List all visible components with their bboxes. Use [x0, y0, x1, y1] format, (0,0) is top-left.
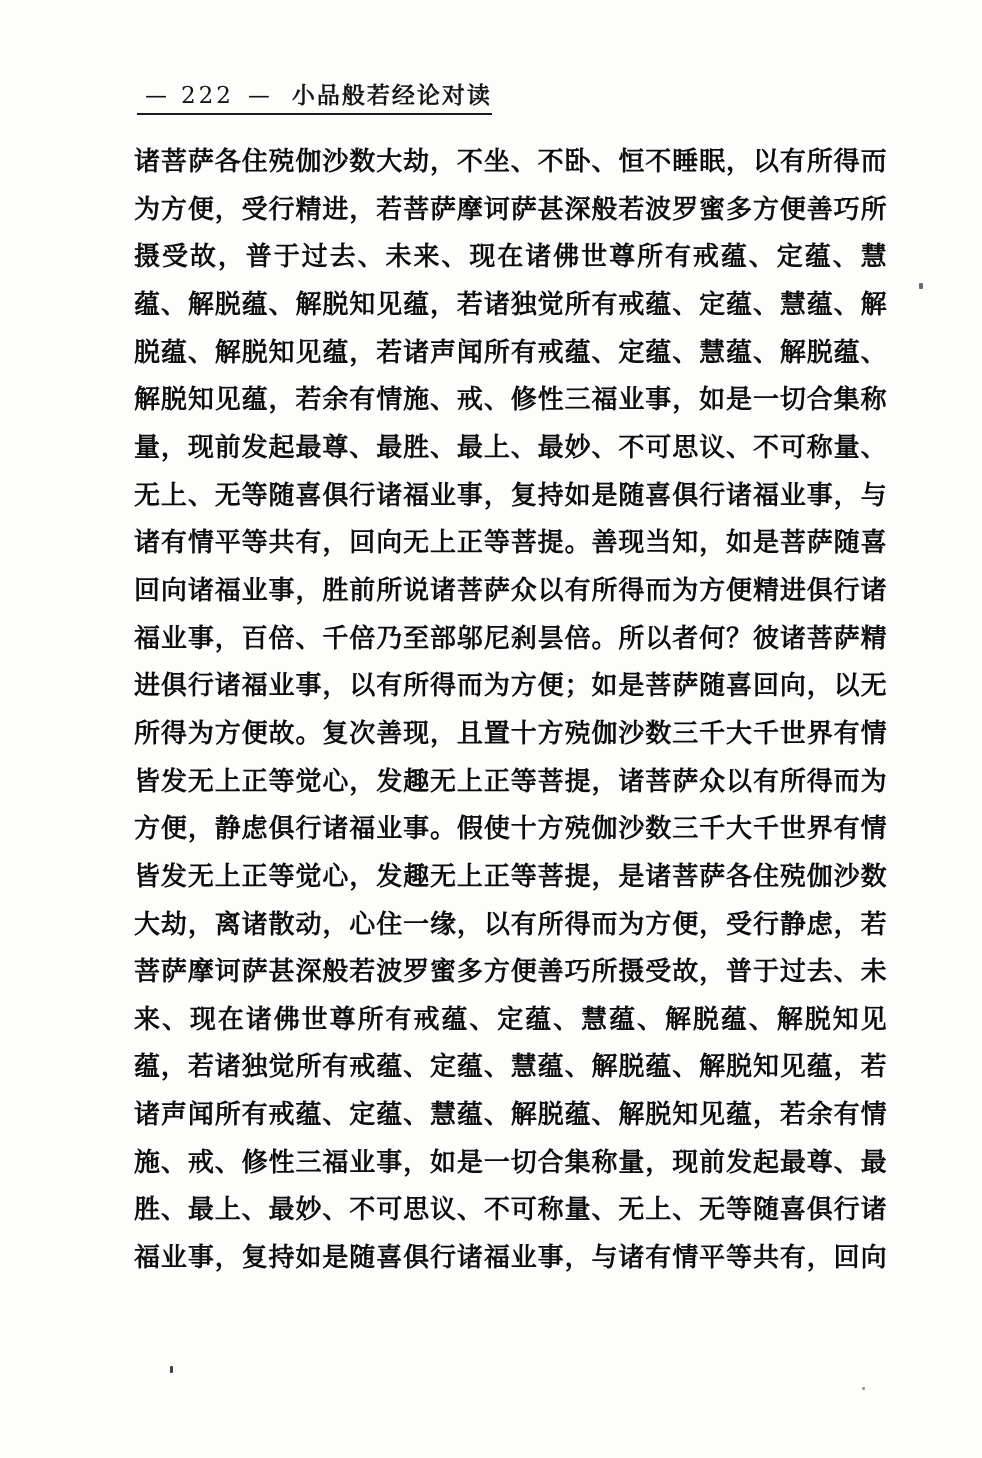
scan-speck: [862, 1387, 865, 1390]
scanned-book-page: —222—小品般若经论对读 诸菩萨各住殑伽沙数大劫，不坐、不卧、恒不睡眠，以有所…: [0, 0, 982, 1458]
text-line: 福业事，百倍、千倍乃至部邬尼刹昙倍。所以者何？彼诸菩萨精: [134, 616, 887, 664]
text-line: 回向诸福业事，胜前所说诸菩萨众以有所得而为方便精进俱行诸: [134, 568, 887, 616]
page-header: —222—小品般若经论对读: [137, 84, 492, 115]
scan-speck: [919, 283, 923, 289]
text-line: 无上、无等随喜俱行诸福业事，复持如是随喜俱行诸福业事，与: [134, 473, 887, 521]
header-dash-right: —: [248, 84, 270, 109]
text-line: 来、现在诸佛世尊所有戒蕴、定蕴、慧蕴、解脱蕴、解脱知见: [134, 997, 887, 1045]
text-line: 皆发无上正等觉心，发趣无上正等菩提，是诸菩萨各住殑伽沙数: [134, 854, 887, 902]
text-line: 菩萨摩诃萨甚深般若波罗蜜多方便善巧所摄受故，普于过去、未: [134, 949, 887, 997]
text-line: 福业事，复持如是随喜俱行诸福业事，与诸有情平等共有，回向: [134, 1235, 887, 1283]
text-line: 施、戒、修性三福业事，如是一切合集称量，现前发起最尊、最: [134, 1140, 887, 1188]
header-dash-left: —: [145, 84, 167, 109]
text-line: 量，现前发起最尊、最胜、最上、最妙、不可思议、不可称量、: [134, 425, 887, 473]
text-line: 皆发无上正等觉心，发趣无上正等菩提，诸菩萨众以有所得而为: [134, 759, 887, 807]
text-line: 脱蕴、解脱知见蕴，若诸声闻所有戒蕴、定蕴、慧蕴、解脱蕴、: [134, 330, 887, 378]
text-line: 方便，静虑俱行诸福业事。假使十方殑伽沙数三千大千世界有情: [134, 806, 887, 854]
text-line: 摄受故，普于过去、未来、现在诸佛世尊所有戒蕴、定蕴、慧: [134, 234, 887, 282]
text-line: 所得为方便故。复次善现，且置十方殑伽沙数三千大千世界有情: [134, 711, 887, 759]
text-line: 进俱行诸福业事，以有所得而为方便；如是菩萨随喜回向，以无: [134, 663, 887, 711]
scan-speck: [170, 1366, 173, 1373]
body-text: 诸菩萨各住殑伽沙数大劫，不坐、不卧、恒不睡眠，以有所得而 为方便，受行精进，若菩…: [134, 139, 887, 1283]
book-title: 小品般若经论对读: [292, 83, 492, 109]
text-line: 诸菩萨各住殑伽沙数大劫，不坐、不卧、恒不睡眠，以有所得而: [134, 139, 887, 187]
text-line: 蕴、解脱蕴、解脱知见蕴，若诸独觉所有戒蕴、定蕴、慧蕴、解: [134, 282, 887, 330]
text-line: 解脱知见蕴，若余有情施、戒、修性三福业事，如是一切合集称: [134, 377, 887, 425]
text-line: 大劫，离诸散动，心住一缘，以有所得而为方便，受行静虑，若: [134, 902, 887, 950]
text-line: 蕴，若诸独觉所有戒蕴、定蕴、慧蕴、解脱蕴、解脱知见蕴，若: [134, 1044, 887, 1092]
text-line: 为方便，受行精进，若菩萨摩诃萨甚深般若波罗蜜多方便善巧所: [134, 187, 887, 235]
text-line: 胜、最上、最妙、不可思议、不可称量、无上、无等随喜俱行诸: [134, 1187, 887, 1235]
page-number: 222: [181, 83, 234, 109]
text-line: 诸有情平等共有，回向无上正等菩提。善现当知，如是菩萨随喜: [134, 520, 887, 568]
text-line: 诸声闻所有戒蕴、定蕴、慧蕴、解脱蕴、解脱知见蕴，若余有情: [134, 1092, 887, 1140]
